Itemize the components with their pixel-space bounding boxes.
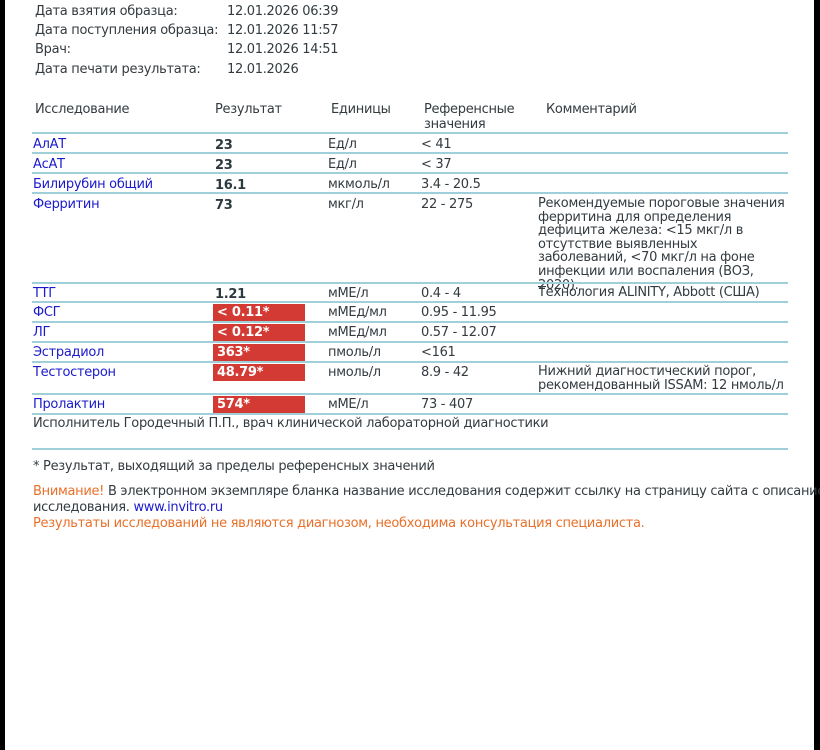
result-value-out-of-range: < 0.11* <box>213 304 305 321</box>
result-value-out-of-range: 574* <box>213 396 305 413</box>
test-link-ast[interactable]: АсАТ <box>33 157 65 172</box>
attention-label: Внимание! <box>33 484 104 499</box>
divider <box>32 413 788 415</box>
divider <box>32 132 788 134</box>
test-link-testosterone[interactable]: Тестостерон <box>33 365 116 380</box>
divider <box>32 361 788 363</box>
units: мМЕ/л <box>328 286 368 301</box>
header-reference: Референсные <box>424 102 514 117</box>
divider <box>32 192 788 194</box>
notice-text: В электронном экземпляре бланка название… <box>104 484 820 499</box>
result-value-out-of-range: 363* <box>213 344 305 361</box>
sample-received-value: 12.01.2026 11:57 <box>227 23 338 38</box>
header-units: Единицы <box>331 102 391 117</box>
notice-line1: Внимание! В электронном экземпляре бланк… <box>33 484 820 499</box>
result-value-out-of-range: < 0.12* <box>213 324 305 341</box>
doctor-label: Врач: <box>35 42 71 57</box>
print-date-value: 12.01.2026 <box>227 62 298 77</box>
reference-range: 0.95 - 11.95 <box>421 305 497 320</box>
print-date-label: Дата печати результата: <box>35 62 200 77</box>
comment: Технология ALINITY, Abbott (США) <box>538 286 788 300</box>
units: Ед/л <box>328 137 357 152</box>
divider <box>32 341 788 343</box>
test-link-bilirubin[interactable]: Билирубин общий <box>33 177 153 192</box>
comment: Нижний диагностический порог, рекомендов… <box>538 365 788 392</box>
result-value-out-of-range: 48.79* <box>213 364 305 381</box>
divider <box>32 172 788 174</box>
units: мМЕ/л <box>328 397 368 412</box>
reference-range: <161 <box>421 345 456 360</box>
disclaimer: Результаты исследований не являются диаг… <box>33 516 645 531</box>
header-result: Результат <box>215 102 282 117</box>
test-link-ferritin[interactable]: Ферритин <box>33 197 99 212</box>
test-link-prolactin[interactable]: Пролактин <box>33 397 105 412</box>
divider <box>32 321 788 323</box>
footnote: * Результат, выходящий за пределы рефере… <box>33 459 435 474</box>
notice-text-cont: исследования. <box>33 500 133 515</box>
header-reference-line2: значения <box>424 117 485 132</box>
comment: Рекомендуемые пороговые значения феррити… <box>538 197 788 292</box>
units: мМЕд/мл <box>328 325 387 340</box>
result-value: 23 <box>215 158 233 173</box>
divider <box>32 448 788 450</box>
units: нмоль/л <box>328 365 381 380</box>
reference-range: < 37 <box>421 157 451 172</box>
test-link-lh[interactable]: ЛГ <box>33 325 50 340</box>
units: мкг/л <box>328 197 364 212</box>
performer: Исполнитель Городечный П.П., врач клинич… <box>33 416 548 431</box>
reference-range: 73 - 407 <box>421 397 473 412</box>
header-test: Исследование <box>35 102 129 117</box>
doctor-value: 12.01.2026 14:51 <box>227 42 338 57</box>
reference-range: 0.57 - 12.07 <box>421 325 497 340</box>
sample-received-label: Дата поступления образца: <box>35 23 218 38</box>
sample-taken-value: 12.01.2026 06:39 <box>227 4 338 19</box>
units: Ед/л <box>328 157 357 172</box>
reference-range: 22 - 275 <box>421 197 473 212</box>
test-link-fsh[interactable]: ФСГ <box>33 305 60 320</box>
units: пмоль/л <box>328 345 381 360</box>
result-value: 16.1 <box>215 178 246 193</box>
header-comment: Комментарий <box>546 102 637 117</box>
units: мМЕд/мл <box>328 305 387 320</box>
invitro-link[interactable]: www.invitro.ru <box>133 500 222 515</box>
reference-range: 8.9 - 42 <box>421 365 469 380</box>
result-value: 1.21 <box>215 287 246 302</box>
units: мкмоль/л <box>328 177 390 192</box>
divider <box>32 282 788 284</box>
test-link-tsh[interactable]: ТТГ <box>33 286 56 301</box>
divider <box>32 393 788 395</box>
reference-range: 3.4 - 20.5 <box>421 177 481 192</box>
divider <box>32 152 788 154</box>
notice-line2: исследования. www.invitro.ru <box>33 500 223 515</box>
reference-range: 0.4 - 4 <box>421 286 461 301</box>
test-link-estradiol[interactable]: Эстрадиол <box>33 345 104 360</box>
result-value: 73 <box>215 198 233 213</box>
test-link-alt[interactable]: АлАТ <box>33 137 66 152</box>
reference-range: < 41 <box>421 137 451 152</box>
lab-results-page: Дата взятия образца: 12.01.2026 06:39 Да… <box>5 0 814 750</box>
sample-taken-label: Дата взятия образца: <box>35 4 177 19</box>
result-value: 23 <box>215 138 233 153</box>
divider <box>32 301 788 303</box>
